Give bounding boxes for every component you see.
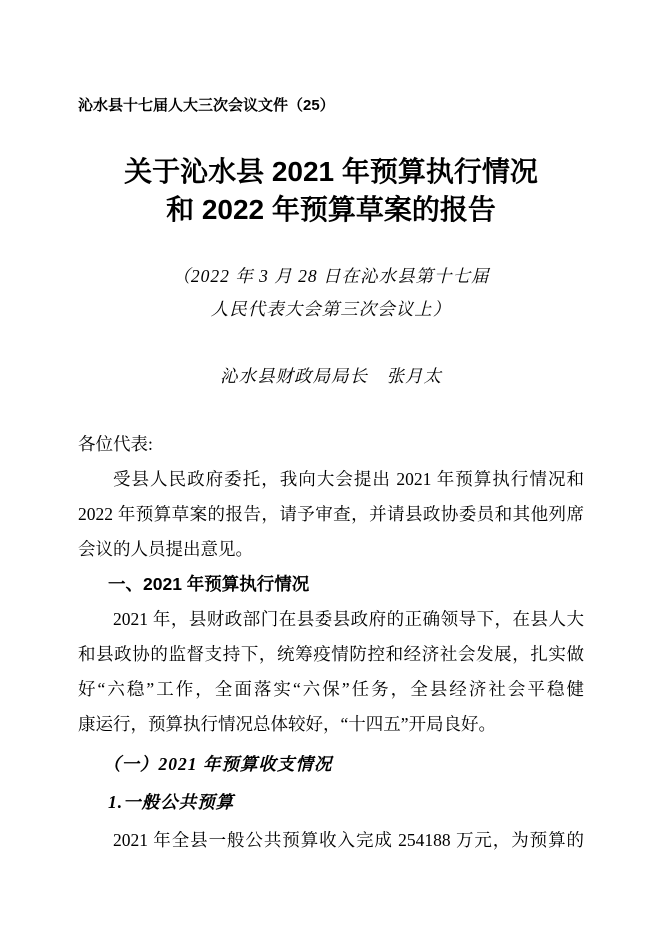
body-line: 受县人民政府委托，我向大会提出 2021 年预算执行情况和 xyxy=(78,462,584,497)
presenter-line: 沁水县财政局局长 张月太 xyxy=(78,359,584,394)
paragraph-overview: 2021 年，县财政部门在县委县政府的正确领导下，在县人大 和县政协的监督支持下… xyxy=(78,602,584,742)
meeting-note-line2: 人民代表大会第三次会议上） xyxy=(78,293,584,326)
body-line: 2021 年全县一般公共预算收入完成 254188 万元，为预算的 xyxy=(78,823,584,858)
paragraph-budget: 2021 年全县一般公共预算收入完成 254188 万元，为预算的 xyxy=(78,823,584,858)
body-line: 康运行，预算执行情况总体较好，“十四五”开局良好。 xyxy=(78,707,584,742)
doc-number-label: 沁水县十七届人大三次会议文件（25） xyxy=(78,96,584,116)
meeting-note-line1: （2022 年 3 月 28 日在沁水县第十七届 xyxy=(78,260,584,293)
body-line: 会议的人员提出意见。 xyxy=(78,532,584,567)
body-line: 和县政协的监督支持下，统筹疫情防控和经济社会发展，扎实做 xyxy=(78,637,584,672)
meeting-note: （2022 年 3 月 28 日在沁水县第十七届 人民代表大会第三次会议上） xyxy=(78,260,584,326)
subsection-heading: （一）2021 年预算收支情况 xyxy=(78,747,584,782)
body-line: 好“六稳”工作，全面落实“六保”任务，全县经济社会平稳健 xyxy=(78,672,584,707)
body-line: 2021 年，县财政部门在县委县政府的正确领导下，在县人大 xyxy=(78,602,584,637)
report-title: 关于沁水县 2021 年预算执行情况 和 2022 年预算草案的报告 xyxy=(78,153,584,229)
section-heading: 一、2021 年预算执行情况 xyxy=(78,567,584,602)
report-title-line2: 和 2022 年预算草案的报告 xyxy=(78,191,584,229)
report-title-line1: 关于沁水县 2021 年预算执行情况 xyxy=(78,153,584,191)
paragraph-intro: 受县人民政府委托，我向大会提出 2021 年预算执行情况和 2022 年预算草案… xyxy=(78,462,584,567)
body-line: 2022 年预算草案的报告，请予审查，并请县政协委员和其他列席 xyxy=(78,497,584,532)
document-page: 沁水县十七届人大三次会议文件（25） 关于沁水县 2021 年预算执行情况 和 … xyxy=(0,0,662,936)
item-heading: 1.一般公共预算 xyxy=(78,785,584,820)
salutation: 各位代表: xyxy=(78,427,584,462)
